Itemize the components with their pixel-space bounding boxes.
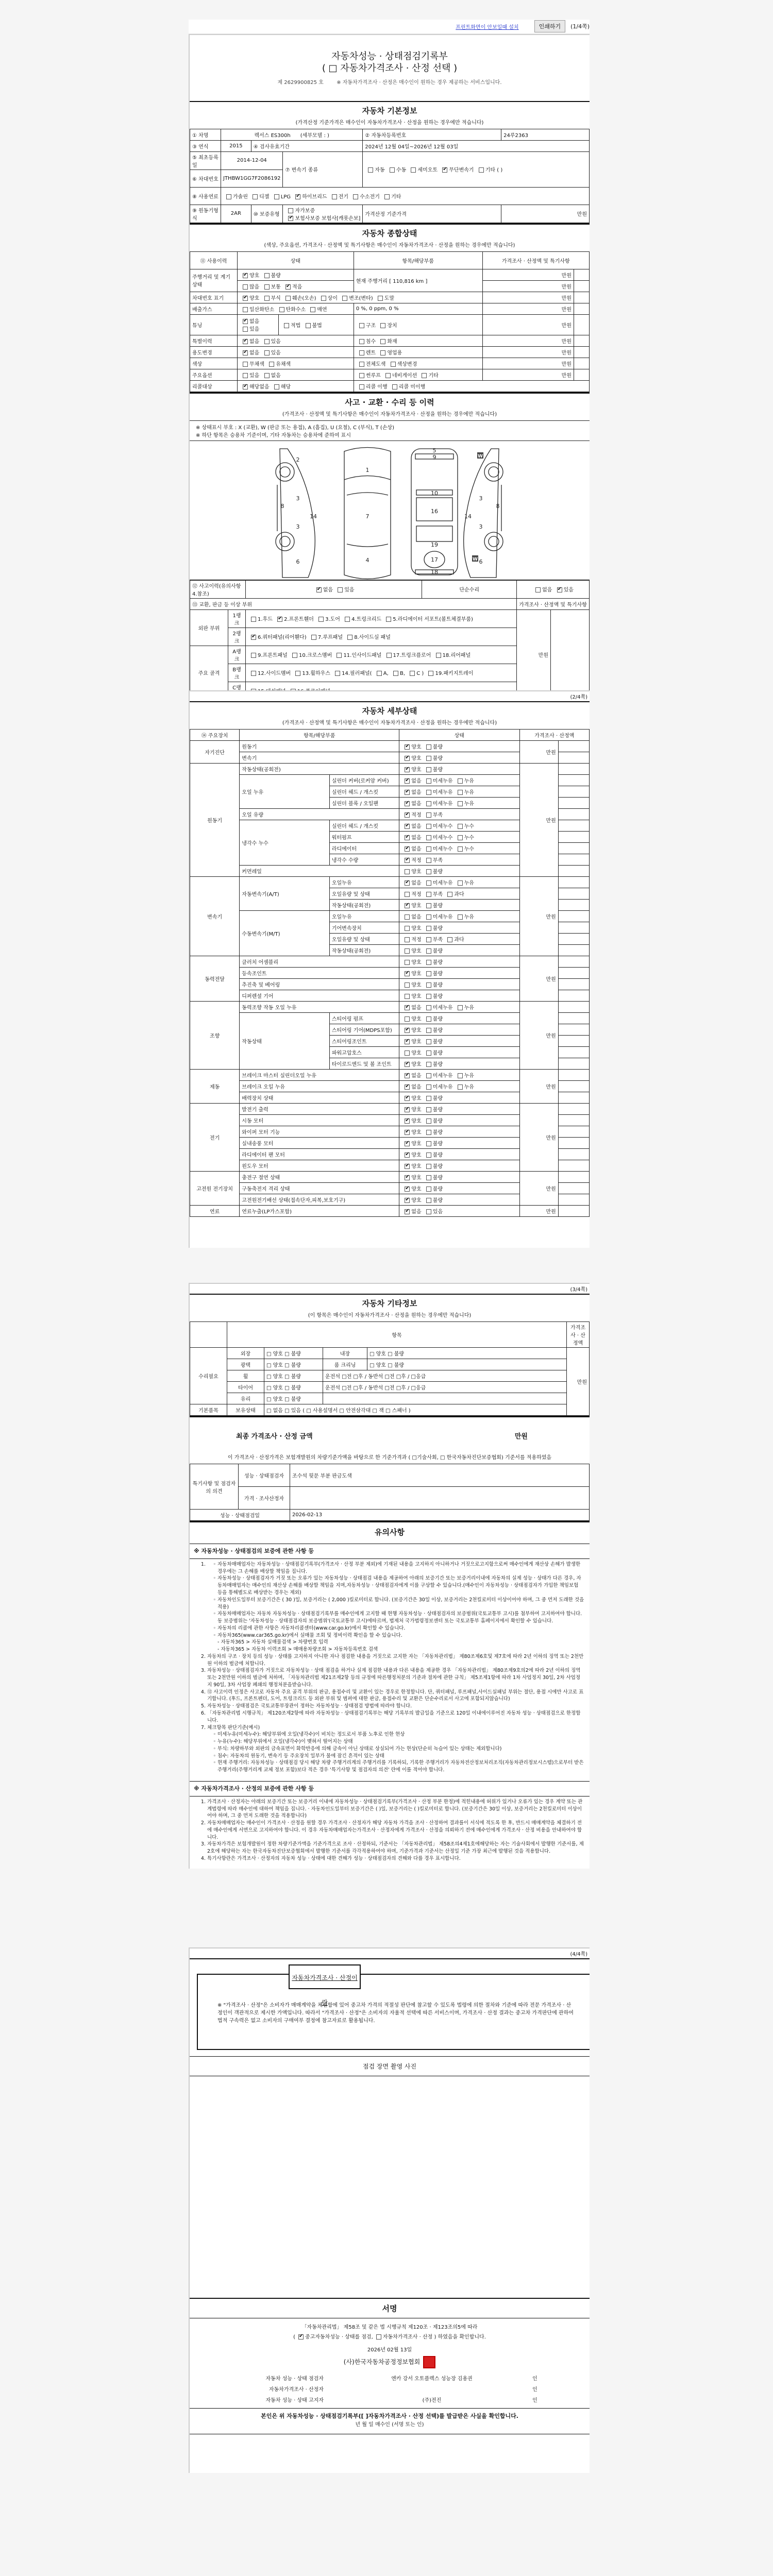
item-label: 추진축 및 베어링	[240, 979, 399, 990]
option: 불량	[423, 982, 443, 988]
item-label: 배력장치 상태	[240, 1092, 399, 1104]
sub-item-label: 기어변속장치	[329, 922, 399, 934]
checkbox[interactable]	[479, 167, 484, 173]
option: 없음	[401, 824, 421, 829]
checkbox[interactable]	[426, 994, 431, 999]
option: 불량	[423, 1130, 443, 1136]
checkbox[interactable]	[426, 767, 431, 772]
checkbox[interactable]	[405, 892, 410, 897]
row-status: 많음 보통 적음	[238, 280, 354, 292]
warranty-options: 자가보증 보험사보증 보험사[캐롯손보]	[283, 205, 363, 223]
svg-text:3: 3	[296, 523, 300, 530]
checkbox[interactable]	[442, 167, 447, 173]
col-header: ⑪ 사용이력	[190, 251, 238, 269]
checkbox[interactable]	[347, 635, 352, 640]
svg-text:3: 3	[479, 523, 483, 530]
checkbox[interactable]	[405, 1209, 410, 1214]
checkbox[interactable]	[426, 971, 431, 976]
note-bullet: 부식: 차량하부와 외판의 금속표면이 화학반응에 의해 금속이 아닌 상태로 …	[217, 1745, 584, 1753]
checkbox[interactable]	[405, 1107, 410, 1112]
checkbox[interactable]	[311, 635, 316, 640]
checkbox[interactable]	[288, 208, 293, 213]
checkbox[interactable]	[458, 1073, 463, 1078]
option: 12.사이드멤버	[248, 671, 291, 676]
about-text: ※ "가격조사 · 산정"은 소비자가 매매계약을 체결함에 있어 중고차 가격…	[198, 1975, 590, 2025]
checkbox[interactable]	[458, 846, 463, 852]
inspector-label: 성능 · 상태점검자	[239, 1464, 290, 1487]
checkbox[interactable]	[411, 167, 416, 173]
note-item: 자동차의 구조 · 장치 등의 성능 · 상태를 고지하지 아니한 자나 점검한…	[207, 1653, 584, 1668]
row-item: 0 %, 0 ppm, 0 %	[354, 303, 482, 314]
rank-items: 6.쿼터패널(리어휀다) 7.루프패널 8.사이드실 패널	[246, 628, 517, 646]
price-basis: 이 가격조사 · 산정가격은 보험개발원의 차량기준가액을 바탕으로 한 기준가…	[190, 1451, 590, 1464]
checkbox[interactable]	[380, 339, 385, 344]
checkbox[interactable]	[243, 273, 248, 278]
checkbox[interactable]	[426, 1028, 431, 1033]
note-bullet: 자동차매매업자는 자동차 자동차성능 · 상태점검기록부를 매수인에게 고지할 …	[217, 1611, 584, 1625]
print-install-link[interactable]: 프린트화면이 안보일때 설치	[456, 23, 518, 30]
row-label: 주행거리 및 계기상태	[190, 269, 238, 292]
checkbox[interactable]	[338, 587, 343, 592]
checkbox[interactable]	[405, 1153, 410, 1158]
item-label: 외장	[227, 1348, 264, 1359]
checkbox[interactable]	[405, 790, 410, 795]
checkbox[interactable]	[243, 296, 248, 301]
status-options: 양호 불량	[399, 866, 519, 877]
checkbox[interactable]	[458, 1005, 463, 1010]
checkbox[interactable]	[458, 790, 463, 795]
item-label: 연료누출(LP가스포함)	[240, 1206, 399, 1217]
note-bullet: 누유(누수): 해당부위에서 오일(냉각수)이 맺혀서 떨어지는 상태	[217, 1738, 584, 1745]
status-options: 양호 불량	[399, 1194, 519, 1206]
svg-text:8: 8	[496, 503, 500, 510]
checkbox[interactable]	[405, 948, 410, 954]
checkbox[interactable]	[458, 824, 463, 829]
checkbox[interactable]	[426, 1096, 431, 1101]
top-toolbar: 프린트화면이 안보일때 설치 인쇄하기 (1/4쪽)	[189, 20, 590, 33]
checkbox[interactable]	[405, 767, 410, 772]
checkbox[interactable]	[426, 914, 431, 920]
unit: 만원	[482, 269, 574, 280]
checkbox[interactable]	[279, 307, 284, 312]
checkbox[interactable]	[405, 1016, 410, 1022]
final-price-unit: 만원	[515, 1431, 528, 1440]
checkbox[interactable]	[458, 835, 463, 840]
checkbox[interactable]	[345, 617, 350, 622]
checkbox[interactable]	[426, 1062, 431, 1067]
checkbox[interactable]	[405, 801, 410, 806]
status-options: 양호 불량	[399, 1149, 519, 1160]
checkbox[interactable]	[378, 296, 383, 301]
note-cell	[558, 1036, 589, 1047]
checkbox[interactable]	[426, 937, 431, 942]
checkbox[interactable]	[426, 744, 431, 750]
checkbox[interactable]	[253, 194, 258, 199]
checkbox[interactable]	[318, 617, 324, 622]
checkbox[interactable]	[295, 194, 300, 199]
option: 양호	[401, 869, 421, 875]
notes-body: ※ 자동차성능 · 상태점검의 보증에 관한 사항 등자동차매매업자는 자동차성…	[190, 1541, 590, 1869]
option: 많음	[240, 284, 259, 290]
item-label: 실내송풍 모터	[240, 1138, 399, 1149]
checkbox[interactable]	[405, 1187, 410, 1192]
checkbox[interactable]	[359, 384, 364, 389]
signer-role: 자동차가격조사 · 산정자	[190, 2385, 344, 2393]
checkbox[interactable]	[405, 1118, 410, 1124]
checkbox[interactable]	[405, 1005, 410, 1010]
label-engine: ⑨ 원동기형식	[190, 205, 221, 223]
checkbox[interactable]	[426, 790, 431, 795]
checkbox[interactable]	[405, 869, 410, 874]
checkbox[interactable]	[226, 194, 231, 199]
checkbox[interactable]	[405, 926, 410, 931]
checkbox[interactable]	[405, 1039, 410, 1044]
checkbox[interactable]	[405, 982, 410, 988]
option: 기타	[418, 373, 438, 379]
note-bullet: 자동차성능 · 상태점검자가 거짓 또는 오류가 있는 자동차성능 · 상태점검…	[217, 1575, 584, 1596]
checkbox[interactable]	[251, 635, 256, 640]
checkbox[interactable]	[380, 350, 385, 355]
checkbox[interactable]	[292, 653, 297, 658]
checkbox[interactable]	[251, 617, 256, 622]
car-name: 렉서스 ES300h	[254, 133, 290, 139]
checkbox[interactable]	[426, 1141, 431, 1146]
option: 부족	[423, 858, 443, 863]
checkbox-appraisal[interactable]	[376, 2334, 381, 2340]
checkbox[interactable]	[426, 858, 431, 863]
status-options: 적정 부족	[399, 854, 519, 866]
table-row: 제동브레이크 마스터 실린더오일 누유없음 미세누유 누유만원	[190, 1070, 590, 1081]
option: 네비게이션	[382, 373, 417, 379]
checkbox[interactable]	[426, 1005, 431, 1010]
checkbox[interactable]	[405, 756, 410, 761]
checkbox[interactable]	[337, 653, 342, 658]
checkbox[interactable]	[405, 903, 410, 908]
option: 양호	[401, 960, 421, 965]
sub-item-label: 작동상태(공회전)	[329, 900, 399, 911]
row-status: 없음 있음	[238, 335, 354, 346]
sub-item-label: 워터펌프	[329, 832, 399, 843]
accident-sub: (가격조사 · 산정액 및 특기사항은 매수인이 자동차가격조사 · 산정을 원…	[190, 408, 590, 421]
checkbox[interactable]	[243, 339, 248, 344]
checkbox[interactable]	[386, 617, 391, 622]
svg-text:8: 8	[281, 503, 284, 510]
checkbox[interactable]	[390, 167, 395, 173]
checkbox[interactable]	[405, 1073, 410, 1078]
checkbox[interactable]	[426, 960, 431, 965]
checkbox[interactable]	[447, 937, 452, 942]
item-options: 운전석 □전 □후 / 동반석 □전 □후 / □응급	[323, 1370, 567, 1382]
option: 양호	[401, 1141, 421, 1147]
checkbox[interactable]	[368, 167, 373, 173]
checkbox[interactable]	[405, 744, 410, 750]
checkbox[interactable]	[426, 1198, 431, 1203]
inspection-date-label: 성능 · 상태점검일	[190, 1510, 290, 1521]
checkbox[interactable]	[405, 835, 410, 840]
checkbox[interactable]	[353, 194, 358, 199]
checkbox[interactable]	[391, 362, 396, 367]
checkbox[interactable]	[405, 880, 410, 886]
note-cell	[558, 1002, 589, 1013]
checkbox[interactable]	[243, 373, 248, 378]
checkbox[interactable]	[426, 835, 431, 840]
checkbox[interactable]	[359, 323, 364, 328]
checkbox[interactable]	[426, 1130, 431, 1135]
item-label: 수동변속기(M/T)	[240, 911, 330, 956]
checkbox[interactable]	[405, 1028, 410, 1033]
checkbox[interactable]	[264, 373, 270, 378]
option: 적법	[281, 323, 300, 329]
checkbox[interactable]	[243, 284, 248, 290]
checkbox[interactable]	[335, 671, 340, 676]
checkbox[interactable]	[458, 801, 463, 806]
item-label: 오일 누유	[240, 775, 330, 809]
option: 누유	[455, 1084, 474, 1090]
simple-repair-options: 없음 있음	[517, 580, 590, 598]
note-cell	[574, 346, 590, 358]
page-indicator-2: (2/4쪽)	[190, 691, 590, 701]
checkbox[interactable]	[392, 384, 397, 389]
checkbox[interactable]	[405, 778, 410, 784]
option: 불량	[423, 1175, 443, 1181]
checkbox[interactable]	[385, 373, 391, 378]
checkbox[interactable]	[405, 1198, 410, 1203]
checkbox[interactable]	[426, 1118, 431, 1124]
checkbox[interactable]	[264, 339, 270, 344]
option: 기타 ( )	[476, 167, 502, 173]
signature-org: (사)한국자동차공정정보협회	[190, 2355, 590, 2372]
checkbox[interactable]	[405, 1050, 410, 1056]
checkbox[interactable]	[274, 194, 279, 199]
checkbox[interactable]	[285, 284, 291, 290]
checkbox[interactable]	[359, 339, 364, 344]
first-reg: 2014-12-04	[221, 151, 283, 170]
engine-type: 2AR	[231, 211, 241, 216]
option: 누유	[455, 801, 474, 807]
checkbox[interactable]	[251, 671, 256, 676]
checkbox[interactable]	[306, 323, 311, 328]
checkbox[interactable]	[426, 1084, 431, 1090]
checkbox[interactable]	[426, 1164, 431, 1169]
checkbox[interactable]	[405, 1084, 410, 1090]
option: 누유	[455, 1073, 474, 1079]
option: 누유	[455, 778, 474, 784]
unit: 만원	[482, 358, 574, 369]
option: 적정	[401, 892, 421, 897]
option: 양호	[401, 948, 421, 954]
checkbox[interactable]	[405, 1141, 410, 1146]
checkbox[interactable]	[426, 846, 431, 852]
print-button[interactable]: 인쇄하기	[534, 20, 566, 32]
checkbox[interactable]	[243, 319, 248, 324]
option: 양호	[401, 1016, 421, 1022]
checkbox[interactable]	[277, 617, 282, 622]
checkbox[interactable]	[426, 1050, 431, 1056]
checkbox[interactable]	[428, 671, 433, 676]
checkbox[interactable]	[458, 880, 463, 886]
checkbox[interactable]	[405, 812, 410, 818]
checkbox[interactable]	[426, 903, 431, 908]
car-diagram-svg: 2336814 174 591016191718 338146 W W	[190, 441, 591, 580]
checkbox[interactable]	[426, 812, 431, 818]
checkbox[interactable]	[426, 1016, 431, 1022]
checkbox-inspection[interactable]	[298, 2334, 304, 2340]
option: 없음	[401, 1073, 421, 1079]
checkbox[interactable]	[426, 824, 431, 829]
item-label: 윈도우 모터	[240, 1160, 399, 1172]
option: 불량	[423, 744, 443, 750]
checkbox[interactable]	[458, 1084, 463, 1090]
note-cell	[558, 1183, 589, 1194]
accident-table: ⑫ 사고이력(유의사항 4.참조)없음 있음단순수리없음 있음⑬ 교환, 판금 …	[190, 580, 590, 700]
checkbox[interactable]	[405, 1096, 410, 1101]
checkbox[interactable]	[269, 362, 274, 367]
option: 불량	[423, 869, 443, 875]
checkbox[interactable]	[384, 194, 390, 199]
note-cell	[558, 843, 589, 854]
checkbox[interactable]	[243, 362, 248, 367]
checkbox[interactable]	[405, 960, 410, 965]
checkbox[interactable]	[447, 892, 452, 897]
checkbox[interactable]	[426, 869, 431, 874]
option: 리콜 미이행	[389, 384, 425, 390]
notes-sec1-title: ※ 자동차성능 · 상태점검의 보증에 관한 사항 등	[190, 1544, 590, 1559]
checkbox[interactable]	[405, 1164, 410, 1169]
checkbox[interactable]	[426, 1175, 431, 1180]
checkbox[interactable]	[405, 1130, 410, 1135]
item-options: □ 없음 □ 있음 ( □ 사용설명서 □ 안전삼각대 □ 잭 □ 스패너 )	[264, 1404, 567, 1416]
checkbox[interactable]	[405, 914, 410, 920]
checkbox[interactable]	[285, 296, 291, 301]
checkbox[interactable]	[426, 948, 431, 954]
checkbox[interactable]	[405, 1175, 410, 1180]
checkbox[interactable]	[458, 914, 463, 920]
checkbox[interactable]	[386, 653, 392, 658]
checkbox[interactable]	[426, 926, 431, 931]
checkbox[interactable]	[243, 350, 248, 355]
checkbox[interactable]	[405, 858, 410, 863]
option: LPG	[271, 194, 291, 200]
col-header: 상태	[399, 730, 519, 741]
checkbox[interactable]	[316, 587, 322, 592]
option: 전체도색	[356, 362, 386, 367]
checkbox[interactable]	[359, 362, 364, 367]
checkbox[interactable]	[426, 1209, 431, 1214]
document-title: 자동차성능 · 상태점검기록부 ( □ 자동차가격조사 · 산정 선택 )	[190, 35, 590, 75]
checkbox[interactable]	[295, 671, 300, 676]
row-status: 없음있음	[238, 314, 279, 335]
option: 없음	[401, 880, 421, 886]
appraiser-opinion	[290, 1487, 590, 1510]
checkbox[interactable]	[405, 994, 410, 999]
checkbox[interactable]	[426, 778, 431, 784]
checkbox[interactable]	[422, 373, 427, 378]
option: 있음	[240, 373, 259, 379]
option: 없음	[532, 587, 552, 593]
checkbox[interactable]	[359, 373, 364, 378]
checkbox[interactable]	[251, 653, 256, 658]
item-options: □ 양호 □ 불량	[264, 1393, 323, 1404]
option: 불량	[423, 948, 443, 954]
checkbox[interactable]	[426, 1073, 431, 1078]
note-item: 자동차매매업자는 자동차성능 · 상태점검기록부(가격조사 · 산정 부분 제외…	[207, 1561, 584, 1653]
note-cell	[558, 832, 589, 843]
note-cell	[574, 303, 590, 314]
option: 상이	[318, 296, 338, 301]
checkbox[interactable]	[426, 892, 431, 897]
checkbox[interactable]	[426, 880, 431, 886]
unit: 만원	[482, 292, 574, 303]
option: 불량	[423, 1198, 443, 1204]
buyer-confirm: 본인은 위 자동차성능 · 상태점검기록부([ ]자동차가격조사 · 산정 선택…	[190, 2408, 590, 2434]
checkbox[interactable]	[310, 307, 315, 312]
checkbox[interactable]	[359, 350, 364, 355]
signer-role: 자동차 성능 · 상태 고지자	[190, 2396, 344, 2403]
checkbox[interactable]	[535, 587, 541, 592]
checkbox[interactable]	[377, 671, 382, 676]
note-bullet: 자동차인도일부터 보증기간은 ( 30 )일, 보증거리는 ( 2,000 )킬…	[217, 1597, 584, 1611]
svg-text:3: 3	[296, 495, 300, 502]
svg-text:W: W	[473, 557, 478, 562]
checkbox[interactable]	[264, 296, 270, 301]
checkbox[interactable]	[405, 937, 410, 942]
checkbox[interactable]	[243, 327, 248, 332]
checkbox[interactable]	[410, 671, 415, 676]
checkbox[interactable]	[288, 216, 293, 221]
checkbox[interactable]	[243, 307, 248, 312]
legend-note: ※ 하단 항목은 승용차 기준이며, 기타 자동차는 승용차에 준하여 표시	[196, 431, 583, 438]
checkbox[interactable]	[405, 824, 410, 829]
item-label: 커먼레일	[240, 866, 399, 877]
checkbox[interactable]	[436, 653, 441, 658]
checkbox[interactable]	[557, 587, 562, 592]
checkbox[interactable]	[342, 296, 347, 301]
checkbox[interactable]	[426, 1153, 431, 1158]
checkbox[interactable]	[264, 350, 270, 355]
checkbox[interactable]	[332, 194, 337, 199]
checkbox[interactable]	[426, 982, 431, 988]
checkbox[interactable]	[380, 323, 385, 328]
checkbox[interactable]	[426, 1187, 431, 1192]
checkbox[interactable]	[243, 384, 248, 389]
signer-seal: 인	[519, 2374, 550, 2382]
checkbox[interactable]	[321, 296, 326, 301]
overall-title: 자동차 종합상태	[190, 225, 590, 239]
item-label: 브레이크 마스터 실린더오일 누유	[240, 1070, 399, 1081]
checkbox[interactable]	[284, 323, 289, 328]
note-bullet: 미세누유(미세누수): 해당부위에 오일(냉각수)이 비치는 정도로서 부품 노…	[217, 1731, 584, 1738]
checkbox[interactable]	[274, 384, 279, 389]
checkbox[interactable]	[264, 284, 270, 290]
item-label: 타이어	[227, 1382, 264, 1393]
checkbox[interactable]	[426, 1107, 431, 1112]
checkbox[interactable]	[426, 756, 431, 761]
checkbox[interactable]	[426, 801, 431, 806]
history-options: 없음 있음	[246, 580, 422, 598]
option: 보통	[261, 284, 281, 290]
item-label: 시동 모터	[240, 1115, 399, 1126]
checkbox[interactable]	[458, 778, 463, 784]
checkbox[interactable]	[264, 273, 270, 278]
status-options: 없음 미세누유 누유	[399, 786, 519, 798]
checkbox[interactable]	[393, 671, 398, 676]
checkbox[interactable]	[405, 846, 410, 852]
checkbox[interactable]	[426, 1039, 431, 1044]
checkbox[interactable]	[405, 1062, 410, 1067]
option: 불량	[423, 1141, 443, 1147]
option: 부족	[423, 812, 443, 818]
checkbox[interactable]	[405, 971, 410, 976]
